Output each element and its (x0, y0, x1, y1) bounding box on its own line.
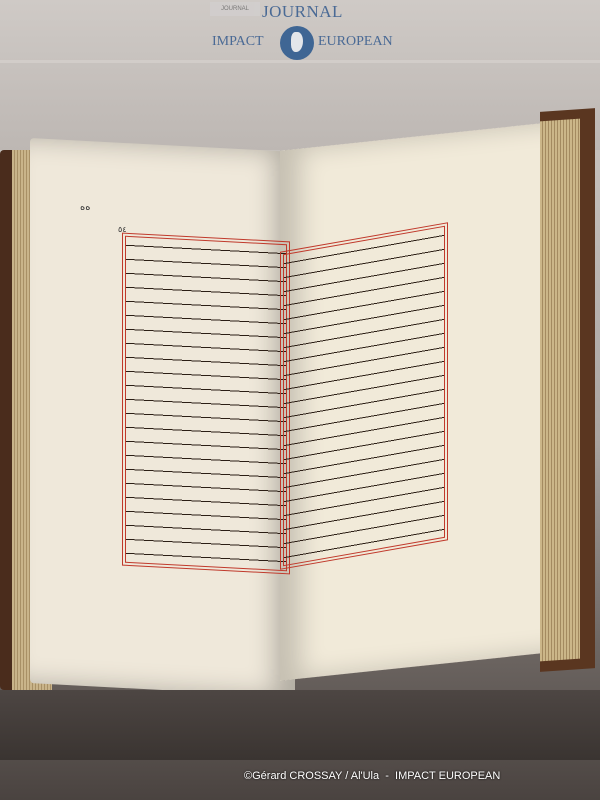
photo-credit: ©Gérard CROSSAY / Al'Ula - IMPACT EUROPE… (244, 770, 500, 782)
glass-edge (0, 60, 600, 63)
globe-icon (280, 26, 314, 60)
watermark-small-badge: JOURNAL (210, 2, 260, 16)
page-edges-right (540, 119, 580, 662)
page-number: ٥٤ (118, 225, 127, 234)
left-text-block (125, 236, 287, 571)
watermark-european: EUROPEAN (318, 34, 393, 50)
watermark-impact: IMPACT (212, 34, 264, 50)
folio-number: ﻩﻩ (80, 202, 90, 213)
display-base (0, 690, 600, 760)
right-text-block (283, 226, 445, 567)
watermark-logo: JOURNAL JOURNAL IMPACT EUROPEAN (210, 2, 395, 60)
watermark-journal: JOURNAL (262, 2, 343, 22)
